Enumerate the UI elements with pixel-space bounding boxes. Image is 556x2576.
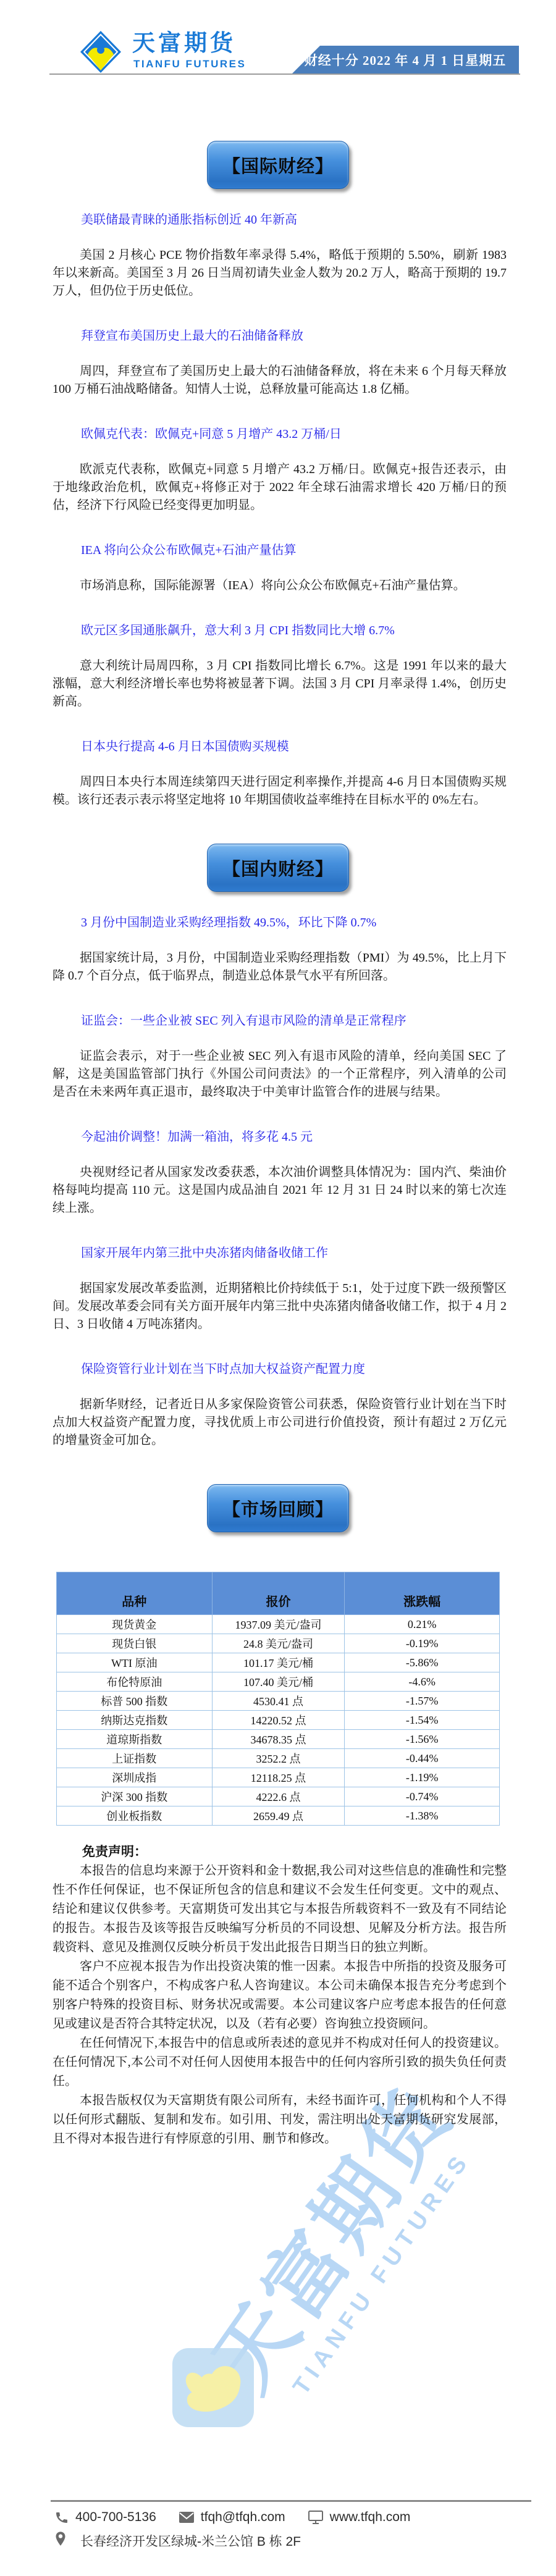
table-row: 沪深 300 指数 4222.6 点 -0.74% <box>57 1787 500 1806</box>
footer-divider <box>51 2500 531 2502</box>
footer-contact-row: 400-700-5136 tfqh@tfqh.com <box>54 2510 533 2525</box>
news-headline: 今起油价调整！加满一箱油，将多花 4.5 元 <box>81 1128 503 1146</box>
table-row: 现货黄金 1937.09 美元/盎司 0.21% <box>57 1615 500 1634</box>
watermark-brand-en: TIANFU FUTURES <box>288 2147 476 2399</box>
news-body: 据国家发展改革委监测，近期猪粮比价持续低于 5:1，处于过度下跌一级预警区间。发… <box>53 1280 507 1333</box>
footer-address-row: 长春经济开发区绿城-米兰公馆 B 栋 2F <box>54 2531 533 2551</box>
news-body: 意大利统计局周四称，3 月 CPI 指数同比增长 6.7%。这是 1991 年以… <box>53 657 507 711</box>
news-headline: IEA 将向公众公布欧佩克+石油产量估算 <box>81 542 503 560</box>
instrument-name: 现货白银 <box>57 1634 213 1653</box>
instrument-name: 布伦特原油 <box>57 1672 213 1692</box>
phone-icon <box>54 2510 69 2525</box>
news-headline: 日本央行提高 4-6 月日本国债购买规模 <box>81 738 503 756</box>
website-url[interactable]: www.tfqh.com <box>330 2510 411 2525</box>
section-button-market-review[interactable]: 【市场回顾】 <box>207 1484 349 1532</box>
table-row: WTI 原油 101.17 美元/桶 -5.86% <box>57 1653 500 1672</box>
news-headline: 美联储最青睐的通胀指标创近 40 年新高 <box>81 211 503 229</box>
disclaimer-paragraph: 本报告版权仅为天富期货有限公司所有，未经书面许可，任何机构和个人不得以任何形式翻… <box>53 2091 507 2149</box>
table-row: 标普 500 指数 4530.41 点 -1.57% <box>57 1692 500 1711</box>
table-row: 创业板指数 2659.49 点 -1.38% <box>57 1806 500 1826</box>
instrument-name: 现货黄金 <box>57 1615 213 1634</box>
phone-number[interactable]: 400-700-5136 <box>75 2510 156 2525</box>
footer: 400-700-5136 tfqh@tfqh.com <box>51 2500 533 2551</box>
news-body: 证监会表示，对于一些企业被 SEC 列入有退市风险的清单，经向美国 SEC 了解… <box>53 1047 507 1101</box>
news-body: 市场消息称，国际能源署（IEA）将向公众公布欧佩克+石油产量估算。 <box>53 577 507 595</box>
table-header-cell: 品种 <box>57 1572 213 1615</box>
change-percent: -0.74% <box>345 1787 500 1806</box>
main-content: 【国际财经】 美联储最青睐的通胀指标创近 40 年新高 美国 2 月核心 PCE… <box>0 0 556 2149</box>
instrument-name: 纳斯达克指数 <box>57 1711 213 1730</box>
table-row: 布伦特原油 107.40 美元/桶 -4.6% <box>57 1672 500 1692</box>
quote-value: 2659.49 点 <box>212 1806 345 1826</box>
quote-value: 4530.41 点 <box>212 1692 345 1711</box>
change-percent: -1.56% <box>345 1730 500 1749</box>
table-row: 道琼斯指数 34678.35 点 -1.56% <box>57 1730 500 1749</box>
quote-value: 1937.09 美元/盎司 <box>212 1615 345 1634</box>
email-address[interactable]: tfqh@tfqh.com <box>201 2510 285 2525</box>
disclaimer-title: 免责声明： <box>82 1842 556 1860</box>
table-row: 现货白银 24.8 美元/盎司 -0.19% <box>57 1634 500 1653</box>
news-headline: 保险资管行业计划在当下时点加大权益资产配置力度 <box>81 1361 503 1378</box>
company-address: 长春经济开发区绿城-米兰公馆 B 栋 2F <box>80 2532 301 2550</box>
news-body: 据国家统计局，3 月份，中国制造业采购经理指数（PMI）为 49.5%，比上月下… <box>53 949 507 985</box>
news-headline: 证监会：一些企业被 SEC 列入有退市风险的清单是正常程序 <box>81 1012 503 1030</box>
quote-value: 34678.35 点 <box>212 1730 345 1749</box>
change-percent: 0.21% <box>345 1615 500 1634</box>
change-percent: -1.19% <box>345 1768 500 1787</box>
change-percent: -1.57% <box>345 1692 500 1711</box>
table-header-cell: 涨跌幅 <box>345 1572 500 1615</box>
instrument-name: 沪深 300 指数 <box>57 1787 213 1806</box>
quote-value: 12118.25 点 <box>212 1768 345 1787</box>
monitor-icon <box>308 2510 324 2525</box>
news-headline: 欧元区多国通胀飙升，意大利 3 月 CPI 指数同比大增 6.7% <box>81 622 503 640</box>
change-percent: -0.44% <box>345 1749 500 1768</box>
change-percent: -0.19% <box>345 1634 500 1653</box>
location-pin-icon <box>54 2531 67 2551</box>
envelope-icon <box>179 2511 195 2524</box>
disclaimer-paragraph: 客户不应视本报告为作出投资决策的惟一因素。本报告中所指的投资及服务可能不适合个别… <box>53 1957 507 2034</box>
table-row: 上证指数 3252.2 点 -0.44% <box>57 1749 500 1768</box>
table-header-cell: 报价 <box>212 1572 345 1615</box>
news-body: 周四，拜登宣布了美国历史上最大的石油储备释放，将在未来 6 个月每天释放 100… <box>53 363 507 398</box>
quote-value: 14220.52 点 <box>212 1711 345 1730</box>
section-header-international: 【国际财经】 <box>0 141 556 189</box>
news-headline: 拜登宣布美国历史上最大的石油储备释放 <box>81 327 503 345</box>
news-body: 央视财经记者从国家发改委获悉，本次油价调整具体情况为：国内汽、柴油价格每吨均提高… <box>53 1164 507 1217</box>
section-header-domestic: 【国内财经】 <box>0 844 556 892</box>
disclaimer-paragraph: 本报告的信息均来源于公开资料和金十数据,我公司对这些信息的准确性和完整性不作任何… <box>53 1861 507 1957</box>
instrument-name: 标普 500 指数 <box>57 1692 213 1711</box>
section-button-domestic[interactable]: 【国内财经】 <box>207 844 349 892</box>
instrument-name: 道琼斯指数 <box>57 1730 213 1749</box>
news-body: 据新华财经，记者近日从多家保险资管公司获悉，保险资管行业计划在当下时点加大权益资… <box>53 1396 507 1450</box>
quote-value: 4222.6 点 <box>212 1787 345 1806</box>
news-headline: 3 月份中国制造业采购经理指数 49.5%，环比下降 0.7% <box>81 914 503 932</box>
change-percent: -5.86% <box>345 1653 500 1672</box>
news-headline: 欧佩克代表：欧佩克+同意 5 月增产 43.2 万桶/日 <box>81 426 503 443</box>
table-row: 纳斯达克指数 14220.52 点 -1.54% <box>57 1711 500 1730</box>
table-row: 深圳成指 12118.25 点 -1.19% <box>57 1768 500 1787</box>
newsletter-page: 天富期货 TIANFU FUTURES 财经十分 2022 年 4 月 1 日星… <box>0 0 556 2576</box>
news-body: 周四日本央行本周连续第四天进行固定利率操作,并提高 4-6 月日本国债购买规模。… <box>53 773 507 809</box>
quote-value: 101.17 美元/桶 <box>212 1653 345 1672</box>
news-headline: 国家开展年内第三批中央冻猪肉储备收储工作 <box>81 1244 503 1262</box>
change-percent: -4.6% <box>345 1672 500 1692</box>
instrument-name: 深圳成指 <box>57 1768 213 1787</box>
instrument-name: WTI 原油 <box>57 1653 213 1672</box>
market-table: 品种 报价 涨跌幅 现货黄金 1937.09 美元/盎司 0.21% 现货白银 … <box>56 1572 500 1826</box>
news-body: 美国 2 月核心 PCE 物价指数年率录得 5.4%，略低于预期的 5.50%，… <box>53 246 507 300</box>
quote-value: 24.8 美元/盎司 <box>212 1634 345 1653</box>
quote-value: 3252.2 点 <box>212 1749 345 1768</box>
table-header-row: 品种 报价 涨跌幅 <box>57 1572 500 1615</box>
instrument-name: 创业板指数 <box>57 1806 213 1826</box>
disclaimer-paragraph: 在任何情况下,本报告中的信息或所表述的意见并不构成对任何人的投资建议。在任何情况… <box>53 2034 507 2091</box>
footer-website: www.tfqh.com <box>308 2510 411 2525</box>
footer-phone: 400-700-5136 <box>54 2510 156 2525</box>
section-button-international[interactable]: 【国际财经】 <box>207 141 349 189</box>
news-body: 欧派克代表称，欧佩克+同意 5 月增产 43.2 万桶/日。欧佩克+报告还表示，… <box>53 461 507 514</box>
instrument-name: 上证指数 <box>57 1749 213 1768</box>
change-percent: -1.38% <box>345 1806 500 1826</box>
quote-value: 107.40 美元/桶 <box>212 1672 345 1692</box>
change-percent: -1.54% <box>345 1711 500 1730</box>
watermark-logo-mark-icon <box>171 2347 255 2428</box>
footer-email: tfqh@tfqh.com <box>179 2510 285 2525</box>
section-header-market-review: 【市场回顾】 <box>0 1484 556 1532</box>
